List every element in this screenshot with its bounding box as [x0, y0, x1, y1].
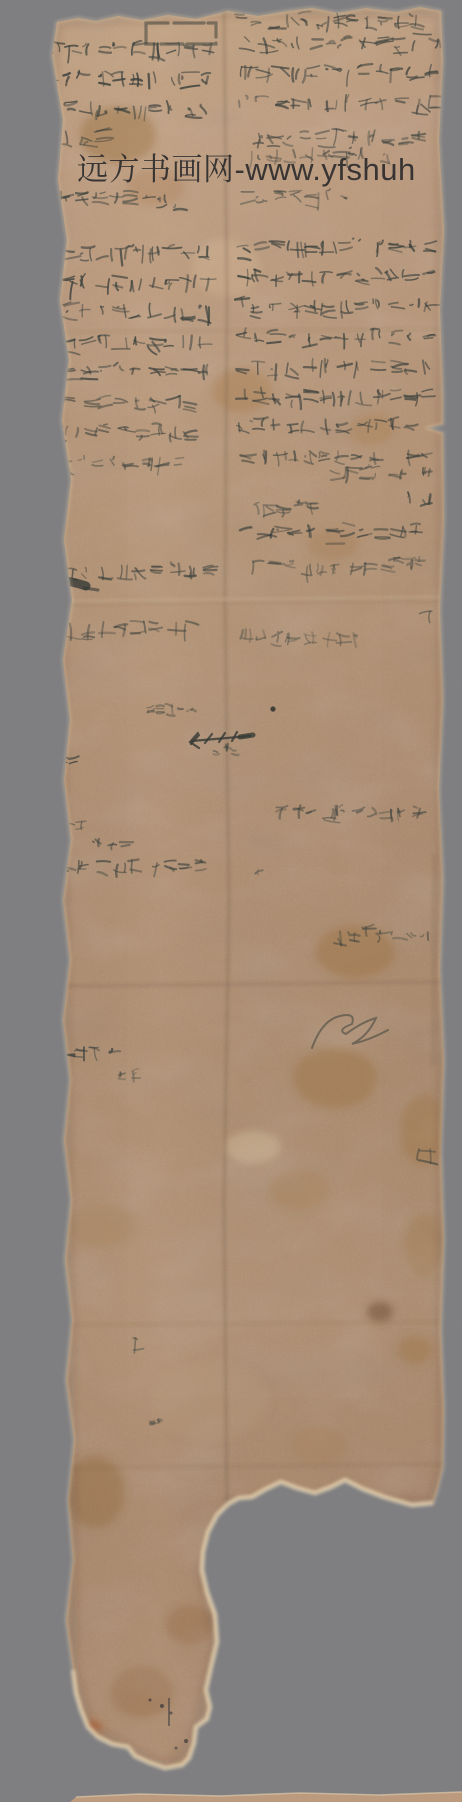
photo: 远方书画网-www.yfshuh — [0, 0, 462, 1802]
photo-grain — [0, 0, 462, 1802]
manuscript-photo-canvas — [0, 0, 462, 1802]
